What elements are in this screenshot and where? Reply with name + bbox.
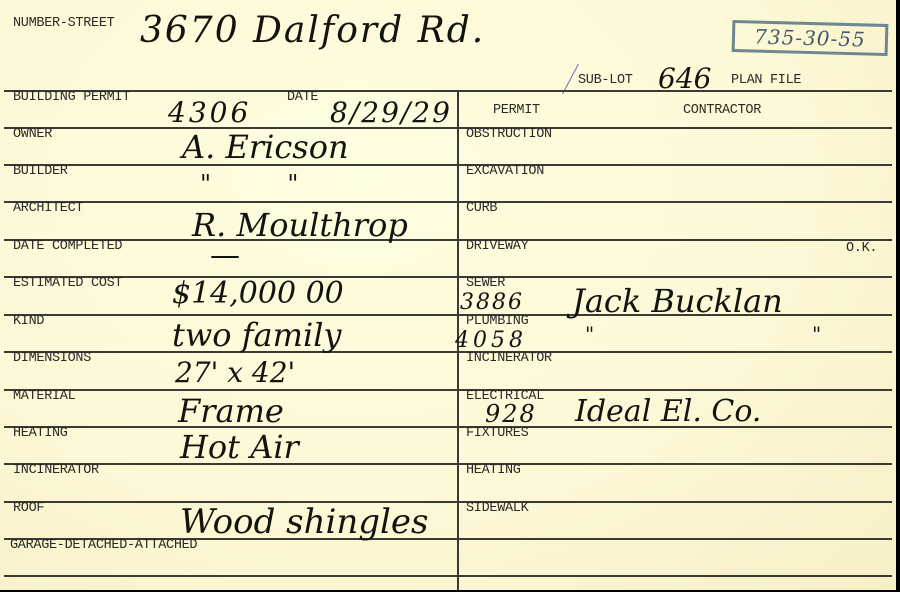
contractor-header: CONTRACTOR <box>683 103 761 118</box>
obstruction-label: OBSTRUCTION <box>466 127 552 142</box>
building-permit-label: BUILDING PERMIT <box>13 90 130 105</box>
sidewalk-label: SIDEWALK <box>466 501 528 516</box>
plumbing-permit-number: 4058 <box>455 328 527 353</box>
plumbing-label: PLUMBING <box>466 314 528 329</box>
rule <box>4 239 892 241</box>
builder-value: " " <box>200 170 298 198</box>
sub-lot-label: SUB-LOT <box>578 73 633 88</box>
electrical-contractor: Ideal El. Co. <box>575 394 761 429</box>
plan-file-label: PLAN FILE <box>731 73 801 88</box>
date-label: DATE <box>287 90 318 105</box>
sewer-label: SEWER <box>466 276 505 291</box>
number-street-label: NUMBER-STREET <box>13 16 114 31</box>
architect-label: ARCHITECT <box>13 201 83 216</box>
rule <box>4 501 892 503</box>
roof-label: ROOF <box>13 501 44 516</box>
material-value: Frame <box>178 392 284 430</box>
driveway-label: DRIVEWAY <box>466 239 528 254</box>
date-completed-value: — <box>210 238 240 273</box>
heating-permit-label: HEATING <box>466 463 521 478</box>
rule <box>4 90 892 92</box>
building-permit-value: 4306 <box>168 96 251 129</box>
building-permit-card: NUMBER-STREET 3670 Dalford Rd. 735-30-55… <box>0 0 896 590</box>
dimensions-value: 27' x 42' <box>175 356 295 389</box>
kind-label: KIND <box>13 314 44 329</box>
estimated-cost-value: $14,000 00 <box>172 276 344 311</box>
sewer-contractor: Jack Bucklan <box>572 282 783 320</box>
incinerator-label: INCINERATOR <box>13 463 99 478</box>
excavation-label: EXCAVATION <box>466 164 544 179</box>
curb-label: CURB <box>466 201 497 216</box>
stamp-number: 735-30-55 <box>754 25 866 52</box>
kind-value: two family <box>172 316 342 354</box>
builder-label: BUILDER <box>13 164 68 179</box>
owner-value: A. Ericson <box>182 128 349 166</box>
file-number-stamp: 735-30-55 <box>732 20 889 56</box>
rule <box>4 164 892 166</box>
number-street-value: 3670 Dalford Rd. <box>140 10 485 51</box>
rule <box>4 276 892 278</box>
electrical-permit-number: 928 <box>485 400 537 428</box>
material-label: MATERIAL <box>13 389 75 404</box>
sewer-permit-number: 3886 <box>460 290 524 315</box>
roof-value: Wood shingles <box>180 502 428 542</box>
rule <box>4 201 892 203</box>
rule <box>4 575 892 577</box>
plumbing-ditto: " <box>812 322 821 346</box>
date-completed-label: DATE COMPLETED <box>13 239 122 254</box>
rule <box>4 351 892 353</box>
incinerator-permit-label: INCINERATOR <box>466 351 552 366</box>
date-value: 8/29/29 <box>330 96 452 129</box>
garage-label: GARAGE-DETACHED-ATTACHED <box>10 538 197 553</box>
rule <box>4 463 892 465</box>
dimensions-label: DIMENSIONS <box>13 351 91 366</box>
rule <box>4 389 892 391</box>
driveway-note: O.K. <box>846 241 877 256</box>
heating-label: HEATING <box>13 426 68 441</box>
plumbing-contractor: " <box>585 322 594 346</box>
fixtures-label: FIXTURES <box>466 426 528 441</box>
heating-value: Hot Air <box>180 428 299 466</box>
permit-header: PERMIT <box>493 103 540 118</box>
owner-label: OWNER <box>13 127 52 142</box>
estimated-cost-label: ESTIMATED COST <box>13 276 122 291</box>
